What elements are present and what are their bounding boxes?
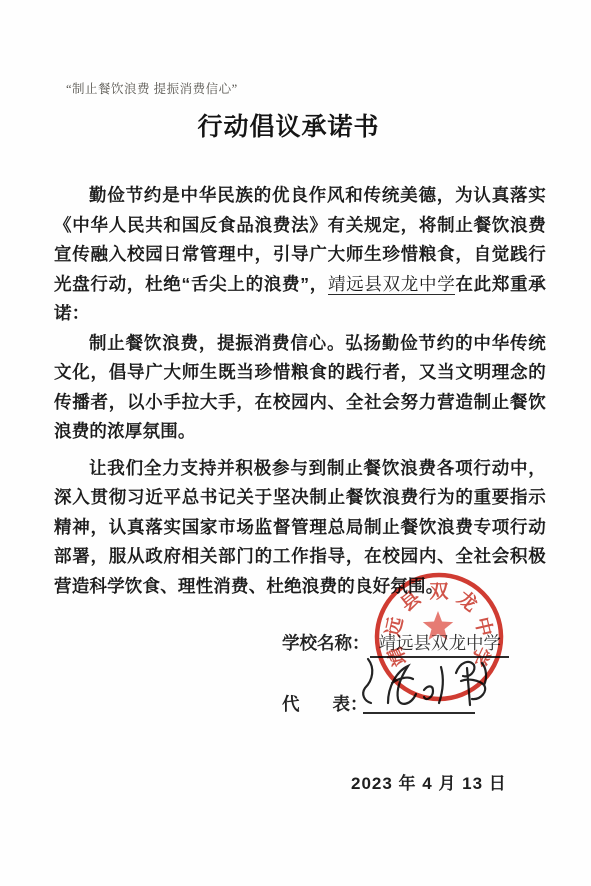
document-body: 勤俭节约是中华民族的优良作风和传统美德，为认真落实《中华人民共和国反食品浪费法》… <box>54 181 546 601</box>
paragraph-action: 让我们全力支持并积极参与到制止餐饮浪费各项行动中，深入贯彻习近平总书记关于坚决制… <box>54 454 546 602</box>
header-quote: “制止餐饮浪费 提振消费信心” <box>66 79 238 97</box>
school-name-value: 靖远县双龙中学 <box>370 630 510 658</box>
school-name-label: 学校名称： <box>282 633 370 653</box>
school-name-line: 学校名称：靖远县双龙中学 <box>282 630 509 658</box>
representative-line: 代表： <box>282 691 368 716</box>
paragraph-pledge: 制止餐饮浪费，提振消费信心。弘扬勤俭节约的中华传统文化，倡导广大师生既当珍惜粮食… <box>54 329 546 447</box>
page-title: 行动倡议承诺书 <box>0 107 577 143</box>
document-page: “制止餐饮浪费 提振消费信心” 行动倡议承诺书 勤俭节约是中华民族的优良作风和传… <box>0 0 591 886</box>
paragraph-commitment-intro: 勤俭节约是中华民族的优良作风和传统美德，为认真落实《中华人民共和国反食品浪费法》… <box>54 181 546 329</box>
school-name-inline: 靖远县双龙中学 <box>328 274 456 295</box>
representative-signature-line <box>363 690 475 714</box>
representative-label-1: 代 <box>282 694 300 714</box>
document-date: 2023 年 4 月 13 日 <box>351 769 507 794</box>
